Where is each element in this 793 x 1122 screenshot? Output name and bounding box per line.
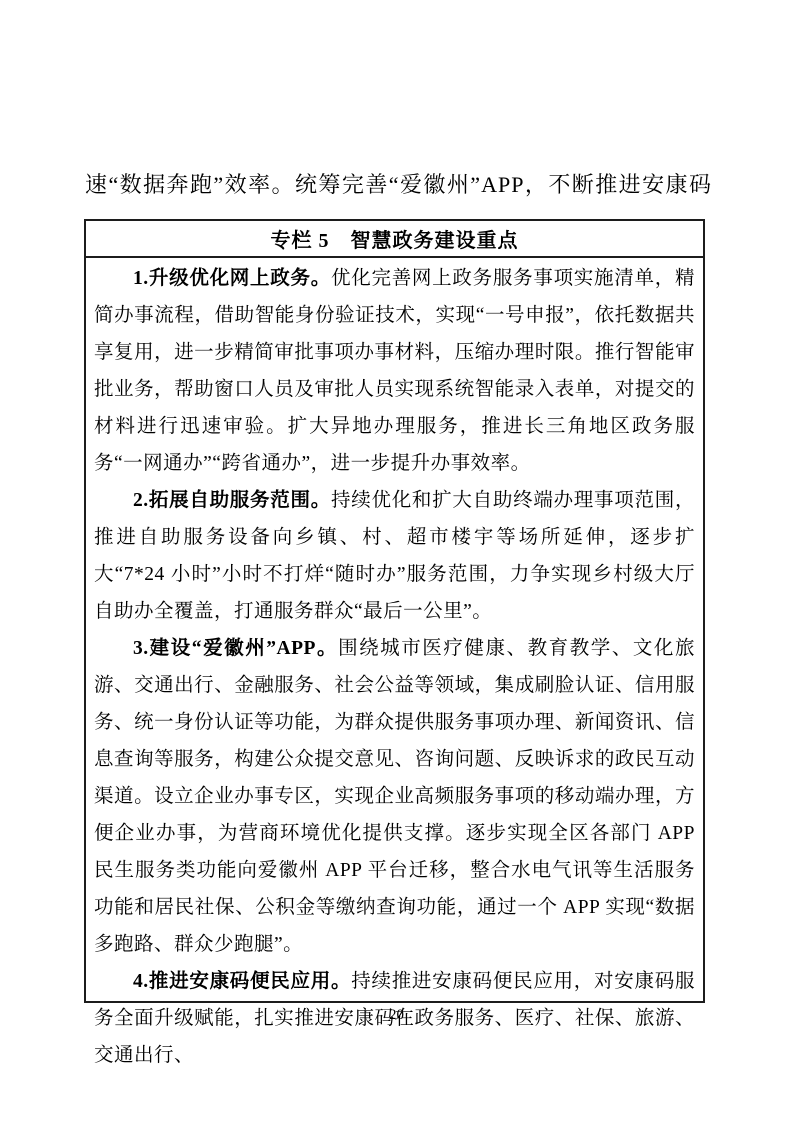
page-footer: 20 — [0, 1007, 793, 1024]
panel-item-heading: 4.推进安康码便民应用。 — [133, 971, 351, 992]
panel-item-heading: 3.建设“爱徽州”APP。 — [133, 638, 338, 659]
panel-item-heading: 2.拓展自助服务范围。 — [133, 490, 331, 511]
panel-item-body: 优化完善网上政务服务事项实施清单，精简办事流程，借助智能身份验证技术，实现“一号… — [94, 268, 695, 474]
panel-title: 专栏 5 智慧政务建设重点 — [271, 224, 519, 253]
panel-item-heading: 1.升级优化网上政务。 — [133, 268, 331, 289]
panel-body: 1.升级优化网上政务。优化完善网上政务服务事项实施清单，精简办事流程，借助智能身… — [86, 258, 703, 1074]
panel-header: 专栏 5 智慧政务建设重点 — [86, 221, 703, 258]
panel-smart-government: 专栏 5 智慧政务建设重点 1.升级优化网上政务。优化完善网上政务服务事项实施清… — [84, 219, 705, 1003]
page-number: 20 — [389, 1007, 404, 1023]
panel-item-body: 围绕城市医疗健康、教育教学、文化旅游、交通出行、金融服务、社会公益等领域，集成刷… — [94, 638, 695, 955]
panel-item: 1.升级优化网上政务。优化完善网上政务服务事项实施清单，精简办事流程，借助智能身… — [94, 260, 695, 482]
document-page: 速“数据奔跑”效率。统筹完善“爱徽州”APP，不断推进安康码便民应用，打造智慧贴… — [0, 0, 793, 1122]
panel-item: 2.拓展自助服务范围。持续优化和扩大自助终端办理事项范围，推进自助服务设备向乡镇… — [94, 482, 695, 630]
panel-item: 3.建设“爱徽州”APP。围绕城市医疗健康、教育教学、文化旅游、交通出行、金融服… — [94, 630, 695, 963]
